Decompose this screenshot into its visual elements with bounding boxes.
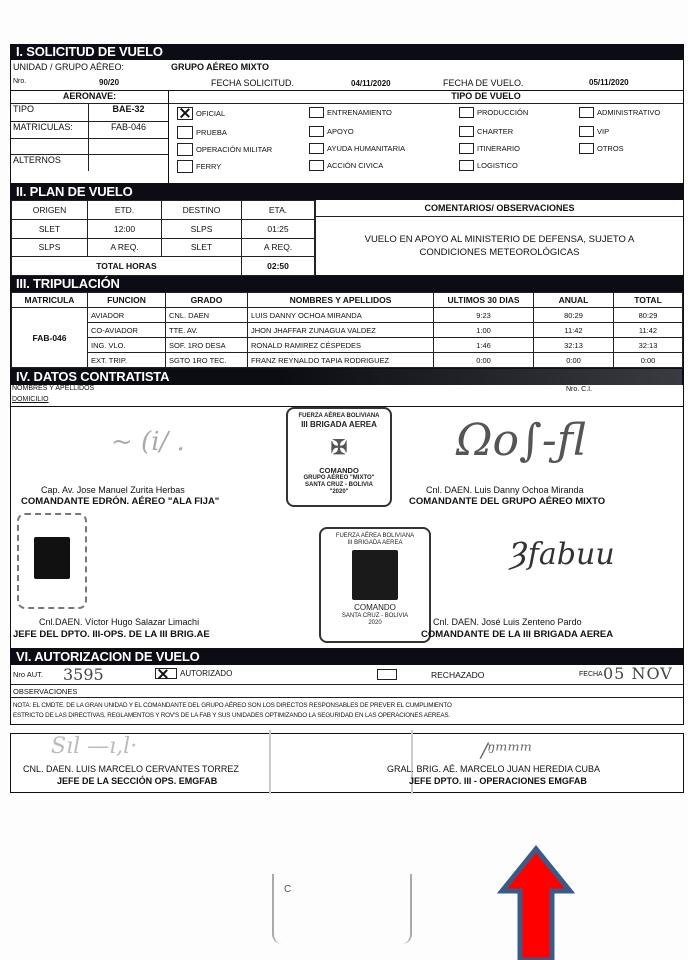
tipo-vuelo-option: OFICIAL: [177, 107, 225, 120]
rechazado-checkbox[interactable]: [377, 669, 397, 680]
tipo-vuelo-option: ITINERARIO: [459, 143, 520, 154]
tipo-vuelo-option: APOYO: [309, 126, 354, 137]
signer6-title: JEFE DPTO. III - OPERACIONES EMGFAB: [409, 776, 587, 786]
crew-header: ANUAL: [534, 293, 614, 308]
unidad-label: UNIDAD / GRUPO AÉREO:: [13, 62, 124, 72]
total-horas-value: 02:50: [242, 257, 315, 276]
tipo-vuelo-label: CHARTER: [477, 127, 513, 136]
final-signatures: Sıl —ı,l· CNL. DAEN. LUIS MARCELO CERVAN…: [10, 733, 684, 793]
crew-cell: JHON JHAFFAR ZUNAGUA VALDEZ: [248, 323, 434, 338]
signature-1: ~ (i/ .: [111, 427, 185, 457]
section-plan-header: II. PLAN DE VUELO: [10, 184, 684, 200]
domicilio-label: DOMICILIO: [11, 396, 683, 407]
crew-cell: 0:00: [614, 353, 683, 368]
crew-cell: 32:13: [614, 338, 683, 353]
autorizado-checkbox[interactable]: [155, 668, 177, 679]
crew-cell: SOF. 1RO DESA: [166, 338, 248, 353]
tipo-vuelo-option: ENTRENAMIENTO: [309, 107, 392, 118]
alternos-label: ALTERNOS: [11, 155, 89, 171]
tipo-vuelo-label: VIP: [597, 127, 609, 136]
plan-cell: SLPS: [12, 238, 88, 257]
tipo-vuelo-label: OTROS: [597, 144, 624, 153]
tipo-vuelo-checkbox[interactable]: [177, 160, 193, 173]
tipo-vuelo-option: CHARTER: [459, 126, 513, 137]
plan-cell: 01:25: [242, 219, 315, 238]
crew-cell: 1:00: [434, 323, 534, 338]
tipo-vuelo-label: AYUDA HUMANITARIA: [327, 144, 405, 153]
tipo-vuelo-option: FERRY: [177, 160, 221, 173]
tipo-vuelo-option: PRUEBA: [177, 126, 227, 139]
tipo-vuelo-option: OTROS: [579, 143, 624, 154]
plan-table: ORIGEN ETD. DESTINO ETA. SLET 12:00 SLPS…: [11, 200, 315, 276]
aut-row: Nro AUT. 3595 AUTORIZADO RECHAZADO FECHA…: [11, 665, 683, 685]
emblem-icon: [352, 550, 398, 600]
nota-line: ESTRICTO DE LAS DIRECTIVAS, REGLAMENTOS …: [13, 711, 681, 721]
tipo-vuelo-label: ACCIÓN CIVICA: [327, 161, 383, 170]
tipo-value: BAE-32: [89, 104, 168, 121]
fecha-vuelo-value: 05/11/2020: [589, 78, 629, 87]
plan-cell: A REQ.: [88, 238, 162, 257]
stamp-text: III BRIGADA AEREA: [321, 540, 429, 547]
signature-2: Ωo∫-ƒl: [456, 415, 586, 466]
fecha-value: 05 NOV: [603, 664, 673, 683]
plan-header-destino: DESTINO: [162, 201, 242, 220]
tipo-vuelo-label: OFICIAL: [196, 109, 225, 118]
crew-row: ING. VLO.SOF. 1RO DESARONALD RAMIREZ CÉS…: [12, 338, 683, 353]
crew-row: CO-AVIADORTTE. AV.JHON JHAFFAR ZUNAGUA V…: [12, 323, 683, 338]
comments-header: COMENTARIOS/ OBSERVACIONES: [316, 200, 683, 217]
plan-cell: SLET: [12, 219, 88, 238]
up-arrow-icon: [496, 845, 576, 960]
tipo-vuelo-option: PRODUCCIÓN: [459, 107, 528, 118]
fecha-label: FECHA: [579, 671, 603, 678]
tipo-vuelo-label: ADMINISTRATIVO: [597, 108, 660, 117]
tipo-vuelo-checkbox[interactable]: [459, 126, 474, 137]
signer6-name: GRAL. BRIG. AÉ. MARCELO JUAN HEREDIA CUB…: [387, 764, 600, 774]
section-tripulacion-header: III. TRIPULACIÓN: [10, 276, 684, 292]
tipo-vuelo-option: AYUDA HUMANITARIA: [309, 143, 405, 154]
crew-cell: 11:42: [614, 323, 683, 338]
fecha-solicitud-label: FECHA SOLICITUD.: [211, 78, 294, 88]
emblem-icon: [34, 537, 70, 579]
tipo-vuelo-label: TIPO DE VUELO: [169, 91, 683, 104]
tipo-vuelo-label: ENTRENAMIENTO: [327, 108, 392, 117]
signer2-title: COMANDANTE DEL GRUPO AÉREO MIXTO: [409, 496, 605, 507]
crew-cell: AVIADOR: [88, 308, 166, 323]
tipo-vuelo-checkbox[interactable]: [309, 107, 324, 118]
plan-header-etd: ETD.: [88, 201, 162, 220]
alternos-row: ALTERNOS: [11, 155, 168, 171]
crew-cell: 0:00: [434, 353, 534, 368]
nota-line: NOTA: EL CMDTE. DE LA GRAN UNIDAD Y EL C…: [13, 701, 681, 711]
signature-4: Ȝfabuu: [509, 537, 615, 572]
comments-block: COMENTARIOS/ OBSERVACIONES VUELO EN APOY…: [315, 200, 683, 275]
stamp-text: SANTA CRUZ - BOLIVIA: [321, 613, 429, 620]
crew-row: EXT. TRIP.SGTO 1RO TEC.FRANZ REYNALDO TA…: [12, 353, 683, 368]
crew-cell: RONALD RAMIREZ CÉSPEDES: [248, 338, 434, 353]
plan-header-origen: ORIGEN: [12, 201, 88, 220]
stamp-text: C: [284, 884, 291, 895]
section-plan: ORIGEN ETD. DESTINO ETA. SLET 12:00 SLPS…: [10, 200, 684, 276]
crew-cell: 32:13: [534, 338, 614, 353]
section-autorizacion-header: VI. AUTORIZACION DE VUELO: [10, 649, 684, 665]
comments-text: VUELO EN APOYO AL MINISTERIO DE DEFENSA,…: [316, 233, 683, 259]
crew-header: TOTAL: [614, 293, 683, 308]
stamp-text: FUERZA AÉREA BOLIVIANA: [288, 413, 390, 420]
matriculas-row: MATRICULAS: FAB-046: [11, 122, 168, 139]
crew-cell: FRANZ REYNALDO TAPIA RODRIGUEZ: [248, 353, 434, 368]
section-contratista-header: IV. DATOS CONTRATISTA: [10, 369, 684, 385]
section-tripulacion: MATRICULA FUNCION GRADO NOMBRES Y APELLI…: [10, 292, 684, 369]
crew-cell: SGTO 1RO TEC.: [166, 353, 248, 368]
total-horas-label: TOTAL HORAS: [12, 257, 242, 276]
crew-header: FUNCION: [88, 293, 166, 308]
plan-table-wrap: ORIGEN ETD. DESTINO ETA. SLET 12:00 SLPS…: [11, 200, 315, 275]
plan-cell: SLPS: [162, 219, 242, 238]
crew-cell: EXT. TRIP.: [88, 353, 166, 368]
rechazado-label: RECHAZADO: [431, 670, 484, 680]
section-autorizacion: Nro AUT. 3595 AUTORIZADO RECHAZADO FECHA…: [10, 665, 684, 725]
plan-header-eta: ETA.: [242, 201, 315, 220]
crew-cell: TTE. AV.: [166, 323, 248, 338]
tipo-vuelo-checkbox[interactable]: [459, 143, 474, 154]
plan-row: SLET 12:00 SLPS 01:25: [12, 219, 315, 238]
signer1-title: COMANDANTE EDRÓN. AÉREO "ALA FIJA": [21, 496, 219, 507]
crew-cell: 80:29: [534, 308, 614, 323]
tipo-label: TIPO: [11, 104, 89, 121]
stamp-text: COMANDO: [288, 466, 390, 475]
fecha-solicitud-value: 04/11/2020: [351, 79, 391, 88]
eagle-emblem-icon: ✠: [288, 430, 390, 466]
crew-matricula: FAB-046: [12, 308, 88, 368]
tipo-vuelo-option: ADMINISTRATIVO: [579, 107, 660, 118]
nro-aut-value: 3595: [63, 665, 104, 684]
nro-value: 90/20: [99, 78, 119, 87]
tipo-vuelo-option: ACCIÓN CIVICA: [309, 160, 383, 171]
crew-cell: 80:29: [614, 308, 683, 323]
tipo-vuelo-label: PRUEBA: [196, 128, 227, 137]
signer3-title: JEFE DEL DPTO. III-OPS. DE LA III BRIG.A…: [13, 629, 210, 640]
aeronave-block: AERONAVE: TIPO BAE-32 MATRICULAS: FAB-04…: [11, 90, 169, 184]
signer4-name: Cnl. DAEN. José Luis Zenteno Pardo: [433, 617, 582, 627]
tipo-vuelo-checkbox[interactable]: [309, 160, 324, 171]
crew-row: FAB-046AVIADORCNL. DAENLUIS DANNY OCHOA …: [12, 308, 683, 323]
tipo-vuelo-checkbox[interactable]: [579, 107, 594, 118]
tipo-vuelo-checkbox[interactable]: [579, 126, 594, 137]
stamp-edge: [269, 730, 271, 794]
signature-6: /ᵑᵐᵐᵐ: [481, 738, 533, 762]
observaciones-label: OBSERVACIONES: [11, 685, 683, 698]
nota-text: NOTA: EL CMDTE. DE LA GRAN UNIDAD Y EL C…: [11, 698, 683, 724]
crew-cell: 9:23: [434, 308, 534, 323]
signer5-title: JEFE DE LA SECCIÓN OPS. EMGFAB: [57, 776, 217, 786]
crew-cell: CO-AVIADOR: [88, 323, 166, 338]
tipo-vuelo-checkbox[interactable]: [177, 126, 193, 139]
autorizado-label: AUTORIZADO: [180, 669, 232, 678]
crew-cell: 1:46: [434, 338, 534, 353]
tipo-vuelo-option: VIP: [579, 126, 609, 137]
tipo-vuelo-checkbox[interactable]: [177, 143, 193, 156]
stamp-text: 2020: [321, 620, 429, 627]
fecha-vuelo-label: FECHA DE VUELO.: [443, 78, 524, 88]
tipo-vuelo-option: LOGISTICO: [459, 160, 518, 171]
matriculas-value: FAB-046: [89, 122, 168, 138]
stamp-text: III BRIGADA AEREA: [288, 420, 390, 430]
plan-cell: 12:00: [88, 219, 162, 238]
tipo-vuelo-option: OPERACIÓN MILITAR: [177, 143, 272, 156]
signature-5: Sıl —ı,l·: [51, 734, 137, 759]
section-solicitud-header: I. SOLICITUD DE VUELO: [10, 44, 684, 60]
stamp-text: GRUPO AÉREO "MIXTO": [288, 475, 390, 482]
signer2-name: Cnl. DAEN. Luis Danny Ochoa Miranda: [426, 485, 584, 495]
crew-cell: ING. VLO.: [88, 338, 166, 353]
tipo-vuelo-checkbox[interactable]: [177, 107, 193, 120]
stamp-text: FUERZA AÉREA BOLIVIANA: [321, 533, 429, 540]
stamp-brigada: FUERZA AÉREA BOLIVIANA III BRIGADA AEREA…: [319, 527, 431, 643]
plan-total-row: TOTAL HORAS 02:50: [12, 257, 315, 276]
blank-row: [11, 139, 168, 155]
plan-cell: SLET: [162, 238, 242, 257]
stamp-left: [17, 513, 87, 609]
crew-header: ULTIMOS 30 DIAS: [434, 293, 534, 308]
plan-cell: A REQ.: [242, 238, 315, 257]
signer1-name: Cap. Av. Jose Manuel Zurita Herbas: [41, 485, 185, 495]
comments-line: CONDICIONES METEOROLÓGICAS: [316, 246, 683, 259]
stamp-text: "2020": [288, 489, 390, 496]
crew-cell: 0:00: [534, 353, 614, 368]
crew-cell: LUIS DANNY OCHOA MIRANDA: [248, 308, 434, 323]
autorizado-option: AUTORIZADO: [155, 668, 232, 679]
tipo-vuelo-checkbox[interactable]: [309, 143, 324, 154]
aeronave-label: AERONAVE:: [11, 91, 168, 104]
unidad-value: GRUPO AÉREO MIXTO: [171, 62, 269, 72]
flight-request-form: I. SOLICITUD DE VUELO UNIDAD / GRUPO AÉR…: [10, 44, 684, 793]
tipo-vuelo-label: OPERACIÓN MILITAR: [196, 145, 272, 154]
stamp-text: COMANDO: [321, 603, 429, 613]
section-solicitud: UNIDAD / GRUPO AÉREO: GRUPO AÉREO MIXTO …: [10, 60, 684, 184]
tipo-vuelo-label: FERRY: [196, 162, 221, 171]
crew-table: MATRICULA FUNCION GRADO NOMBRES Y APELLI…: [11, 292, 683, 368]
tipo-vuelo-label: PRODUCCIÓN: [477, 108, 528, 117]
stamp-grupo-aereo: FUERZA AÉREA BOLIVIANA III BRIGADA AEREA…: [286, 407, 392, 507]
crew-header: MATRICULA: [12, 293, 88, 308]
partial-stamp: C: [272, 874, 412, 944]
tipo-vuelo-label: ITINERARIO: [477, 144, 520, 153]
nro-label: Nro.: [13, 78, 26, 85]
crew-cell: 11:42: [534, 323, 614, 338]
tipo-vuelo-checkbox[interactable]: [459, 160, 474, 171]
tipo-row: TIPO BAE-32: [11, 104, 168, 122]
tipo-vuelo-checkbox[interactable]: [459, 107, 474, 118]
matriculas-label: MATRICULAS:: [11, 122, 89, 138]
plan-row: SLPS A REQ. SLET A REQ.: [12, 238, 315, 257]
tipo-vuelo-checkbox[interactable]: [579, 143, 594, 154]
tipo-vuelo-label: APOYO: [327, 127, 354, 136]
stamp-text: SANTA CRUZ - BOLIVIA: [288, 482, 390, 489]
signer3-name: Cnl.DAEN. Víctor Hugo Salazar Limachi: [39, 617, 199, 627]
nro-ci-label: Nro. C.I.: [566, 386, 592, 393]
comments-line: VUELO EN APOYO AL MINISTERIO DE DEFENSA,…: [316, 233, 683, 246]
crew-header: NOMBRES Y APELLIDOS: [248, 293, 434, 308]
tipo-vuelo-block: TIPO DE VUELO OFICIALPRUEBAOPERACIÓN MIL…: [169, 90, 683, 184]
signer5-name: CNL. DAEN. LUIS MARCELO CERVANTES TORREZ: [23, 764, 239, 774]
crew-cell: CNL. DAEN: [166, 308, 248, 323]
section-contratista: NOMBRES Y APELLIDOS DOMICILIO Nro. C.I. …: [10, 385, 684, 649]
crew-header: GRADO: [166, 293, 248, 308]
signer4-title: COMANDANTE DE LA III BRIGADA AEREA: [421, 629, 613, 640]
nro-aut-label: Nro AUT.: [13, 670, 43, 679]
tipo-vuelo-label: LOGISTICO: [477, 161, 518, 170]
tipo-vuelo-checkbox[interactable]: [309, 126, 324, 137]
